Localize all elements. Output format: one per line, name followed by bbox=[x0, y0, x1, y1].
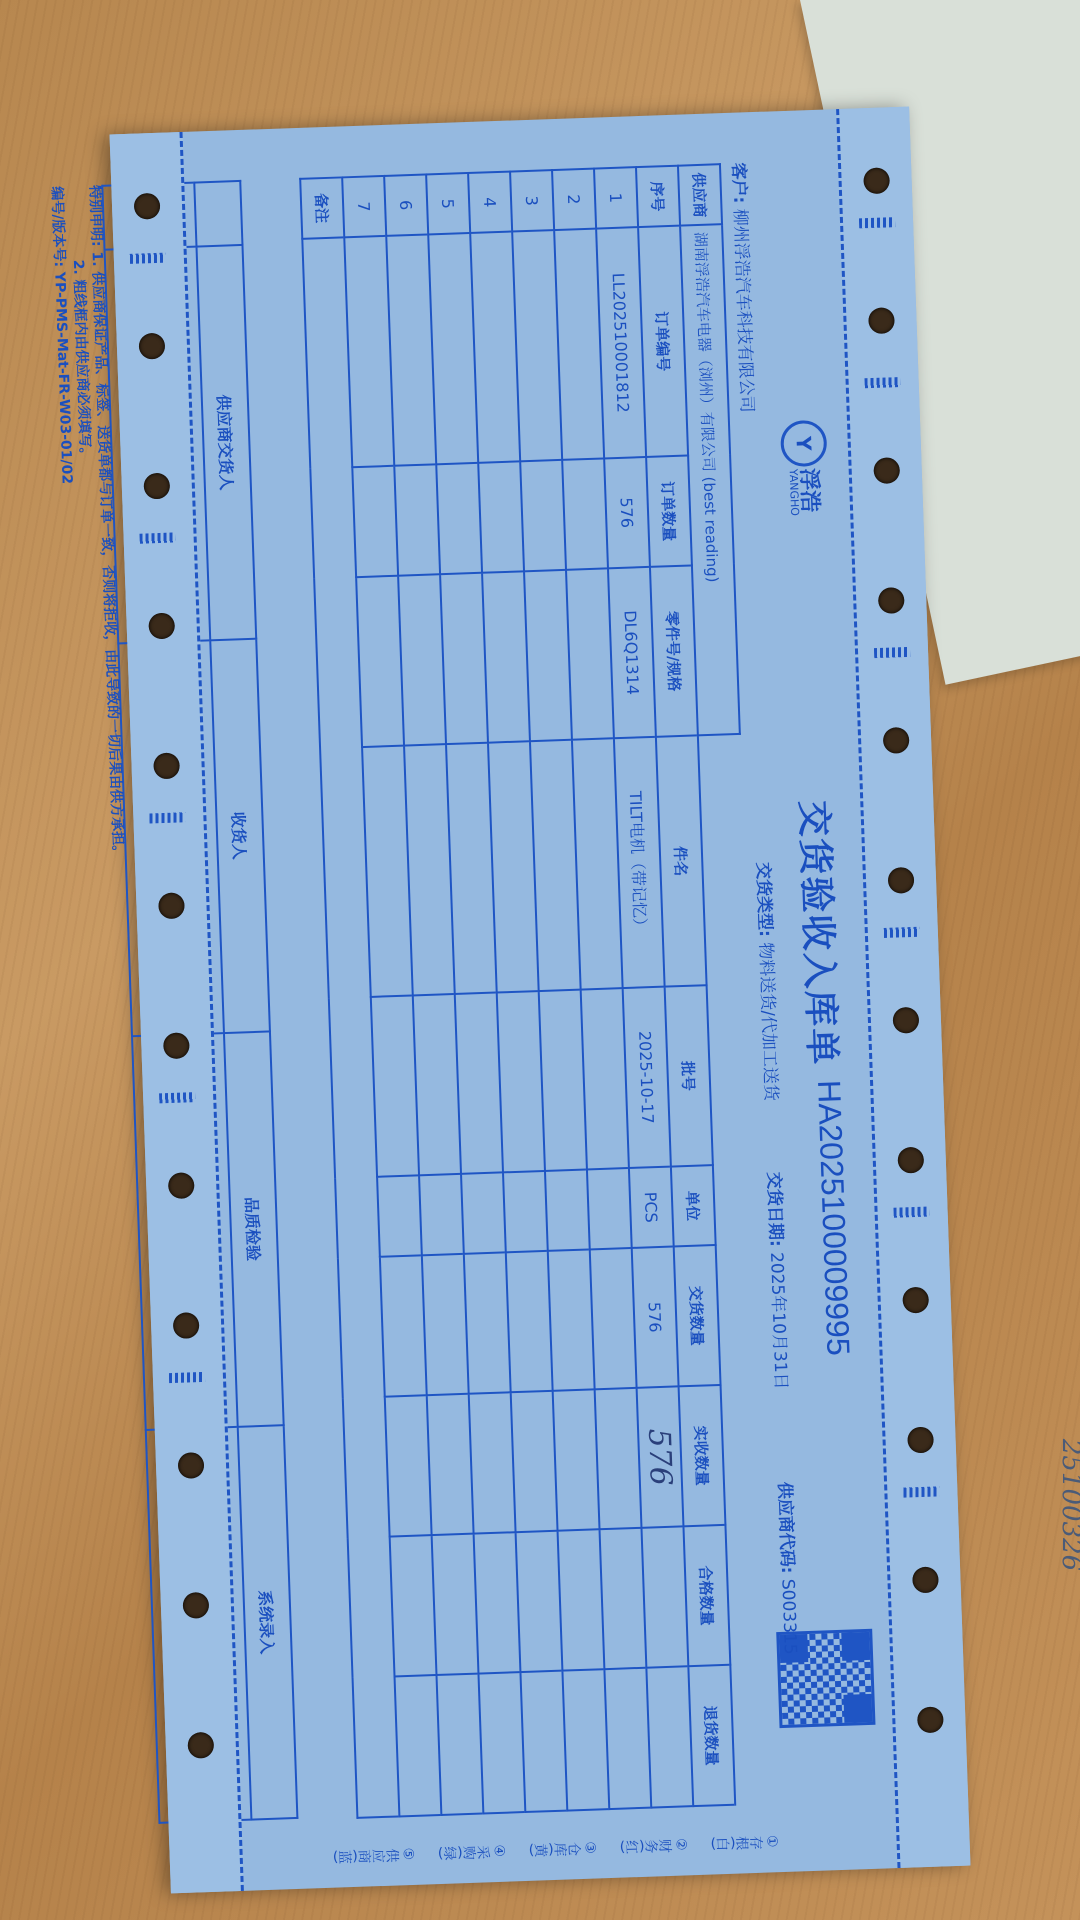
cell-batch bbox=[539, 990, 587, 1171]
cell-order-qty: 576 bbox=[604, 457, 650, 568]
cell-order-qty bbox=[562, 458, 608, 569]
page-title: 交货验收入库单 bbox=[790, 799, 850, 1067]
cell-batch bbox=[371, 995, 419, 1176]
tractor-hole bbox=[897, 1147, 924, 1174]
cell-order-no bbox=[344, 236, 394, 467]
tractor-hole bbox=[863, 167, 890, 194]
cell-unit bbox=[503, 1171, 548, 1252]
cell-no: 6 bbox=[384, 174, 428, 235]
cell-order-qty bbox=[478, 461, 524, 572]
supplier-label: 供应商 bbox=[678, 164, 722, 225]
cell-part-name bbox=[572, 738, 623, 989]
copy-label: ②财务(红) bbox=[619, 1835, 688, 1854]
cell-part-no bbox=[356, 576, 404, 747]
customer-field: 客户: 柳州浮浩汽车科技有限公司 bbox=[728, 162, 762, 413]
delivery-date-value: 2025年10月31日 bbox=[766, 1252, 791, 1390]
tractor-hole bbox=[168, 1172, 195, 1199]
edge-mark-icon bbox=[130, 253, 166, 264]
cell-received-handwritten: 576 bbox=[637, 1386, 684, 1527]
copy-label: ⑤供应商(蓝) bbox=[333, 1845, 416, 1865]
cell-delivered bbox=[380, 1255, 427, 1396]
edge-mark-icon bbox=[884, 927, 920, 938]
supplier-code-field: 供应商代码: S003315 bbox=[774, 1481, 805, 1655]
tractor-hole bbox=[912, 1566, 939, 1593]
delivery-acceptance-form: Y 浮浩 YANGHO 交货验收入库单 HA2025100009995 客户: … bbox=[110, 107, 971, 1894]
col-header-returned: 退货数量 bbox=[688, 1665, 735, 1806]
tractor-hole bbox=[178, 1452, 205, 1479]
cell-part-name: TILT电机（带记忆） bbox=[614, 737, 665, 988]
cell-qualified bbox=[641, 1526, 688, 1667]
edge-mark-icon bbox=[903, 1486, 939, 1497]
tractor-hole bbox=[153, 752, 180, 779]
cell-unit bbox=[419, 1174, 464, 1255]
logo-subtext: YANGHO bbox=[787, 469, 802, 517]
cell-part-no bbox=[398, 574, 446, 745]
supplier-code-value: S003315 bbox=[777, 1579, 800, 1655]
cell-returned bbox=[562, 1669, 609, 1810]
tractor-hole bbox=[917, 1706, 944, 1733]
cell-order-qty bbox=[436, 463, 482, 574]
cell-returned bbox=[604, 1668, 651, 1809]
cell-no: 1 bbox=[594, 167, 638, 228]
edge-mark-icon bbox=[874, 647, 910, 658]
cell-part-name bbox=[488, 741, 539, 992]
tractor-hole bbox=[187, 1732, 214, 1759]
cell-batch bbox=[413, 994, 461, 1175]
col-header-order-qty: 订单数量 bbox=[646, 456, 692, 567]
tractor-hole bbox=[138, 333, 165, 360]
tractor-hole bbox=[873, 457, 900, 484]
cell-order-qty bbox=[394, 464, 440, 575]
col-header-unit: 单位 bbox=[671, 1165, 716, 1246]
edge-mark-icon bbox=[865, 377, 901, 388]
document-number: HA2025100009995 bbox=[810, 1079, 857, 1356]
handwritten-corner-note: 25100326 bbox=[1056, 1439, 1080, 1571]
cell-order-no bbox=[386, 234, 436, 465]
copy-label: ③仓库(黄) bbox=[529, 1839, 598, 1858]
cell-delivered: 576 bbox=[632, 1247, 679, 1388]
tractor-hole bbox=[888, 867, 915, 894]
col-header-delivered: 交货数量 bbox=[674, 1245, 721, 1386]
edge-mark-icon bbox=[893, 1207, 929, 1218]
cell-no: 4 bbox=[468, 172, 512, 233]
customer-value: 柳州浮浩汽车科技有限公司 bbox=[730, 208, 757, 413]
col-header-qualified: 合格数量 bbox=[683, 1525, 730, 1666]
col-header-part-name: 件名 bbox=[656, 735, 707, 986]
edge-mark-icon bbox=[149, 812, 185, 823]
tractor-hole bbox=[134, 193, 161, 220]
cell-delivered bbox=[422, 1254, 469, 1395]
edge-mark-icon bbox=[159, 1092, 195, 1103]
cell-returned bbox=[646, 1666, 693, 1807]
cell-qualified bbox=[600, 1528, 647, 1669]
cell-delivered bbox=[464, 1252, 511, 1393]
cell-received bbox=[595, 1388, 642, 1529]
tractor-hole bbox=[163, 1032, 190, 1059]
cell-order-no: LL202510001812 bbox=[596, 227, 646, 458]
company-logo-icon: Y bbox=[780, 420, 828, 468]
copy-labels: ①存根(白) ②财务(红) ③仓库(黄) ④采购(绿) ⑤供应商(蓝) bbox=[311, 1832, 780, 1878]
signature-corner bbox=[194, 181, 242, 247]
cell-part-no bbox=[482, 571, 530, 742]
col-header-batch: 批号 bbox=[665, 985, 713, 1166]
items-table: 供应商 湖南浮浩汽车电器（浏州）有限公司 (best reading) 序号 订… bbox=[299, 163, 778, 1819]
cell-unit bbox=[545, 1169, 590, 1250]
cell-batch bbox=[581, 988, 629, 1169]
tractor-hole bbox=[902, 1287, 929, 1314]
cell-received bbox=[553, 1389, 600, 1530]
cell-received bbox=[469, 1392, 516, 1533]
delivery-date-field: 交货日期: 2025年10月31日 bbox=[763, 1171, 796, 1389]
tractor-hole bbox=[158, 892, 185, 919]
cell-order-no bbox=[512, 230, 562, 461]
copy-label: ④采购(绿) bbox=[438, 1842, 507, 1861]
cell-no: 3 bbox=[510, 170, 554, 231]
cell-part-no bbox=[566, 568, 614, 739]
tractor-hole bbox=[173, 1312, 200, 1339]
copy-label: ①存根(白) bbox=[710, 1832, 779, 1851]
cell-delivered bbox=[548, 1249, 595, 1390]
tractor-hole bbox=[878, 587, 905, 614]
edge-mark-icon bbox=[139, 532, 175, 543]
tractor-hole bbox=[883, 727, 910, 754]
tractor-hole bbox=[148, 613, 175, 640]
cell-qualified bbox=[432, 1534, 479, 1675]
tractor-hole bbox=[182, 1592, 209, 1619]
cell-part-name bbox=[404, 744, 455, 995]
cell-batch bbox=[455, 993, 503, 1174]
tractor-hole bbox=[143, 473, 170, 500]
cell-part-no bbox=[524, 570, 572, 741]
cell-batch bbox=[497, 991, 545, 1172]
cell-received bbox=[511, 1391, 558, 1532]
col-header-part-no: 零件号/规格 bbox=[650, 565, 698, 736]
customer-label: 客户: bbox=[728, 162, 749, 203]
cell-order-no bbox=[554, 229, 604, 460]
cell-returned bbox=[520, 1671, 567, 1812]
col-header-no: 序号 bbox=[636, 166, 680, 227]
col-header-received: 实收数量 bbox=[679, 1385, 726, 1526]
delivery-type-label: 交货类型: bbox=[752, 862, 775, 937]
cell-part-name bbox=[446, 743, 497, 994]
edge-mark-icon bbox=[169, 1372, 205, 1383]
cell-no: 7 bbox=[342, 176, 386, 237]
cell-received bbox=[427, 1394, 474, 1535]
cell-qualified bbox=[558, 1529, 605, 1670]
cell-returned bbox=[395, 1675, 442, 1816]
cell-order-no bbox=[470, 232, 520, 463]
cell-order-qty bbox=[520, 460, 566, 571]
cell-qualified bbox=[390, 1535, 437, 1676]
cell-no: 5 bbox=[426, 173, 470, 234]
cell-returned bbox=[478, 1672, 525, 1813]
cell-qualified bbox=[516, 1531, 563, 1672]
supplier-code-label: 供应商代码: bbox=[774, 1481, 797, 1573]
cell-delivered bbox=[506, 1251, 553, 1392]
delivery-type-value: 物料送货/代加工送货 bbox=[755, 942, 781, 1101]
cell-delivered bbox=[590, 1248, 637, 1389]
cell-batch: 2025-10-17 bbox=[623, 987, 671, 1168]
cell-unit bbox=[377, 1175, 422, 1256]
tractor-hole bbox=[907, 1427, 934, 1454]
cell-part-no: DL6Q1314 bbox=[608, 567, 656, 738]
cell-order-qty bbox=[352, 466, 398, 577]
col-header-order-no: 订单编号 bbox=[638, 226, 688, 457]
tractor-hole bbox=[868, 307, 895, 334]
cell-qualified bbox=[474, 1532, 521, 1673]
cell-received bbox=[385, 1395, 432, 1536]
cell-unit bbox=[587, 1168, 632, 1249]
cell-unit bbox=[461, 1172, 506, 1253]
cell-returned bbox=[436, 1674, 483, 1815]
cell-unit: PCS bbox=[629, 1167, 674, 1248]
cell-part-name bbox=[362, 746, 413, 997]
cell-order-no bbox=[428, 233, 478, 464]
delivery-type-field: 交货类型: 物料送货/代加工送货 bbox=[752, 862, 785, 1102]
cell-no: 2 bbox=[552, 169, 596, 230]
cell-part-name bbox=[530, 740, 581, 991]
remarks-label: 备注 bbox=[300, 177, 344, 238]
tractor-hole bbox=[892, 1007, 919, 1034]
cell-part-no bbox=[440, 573, 488, 744]
delivery-date-label: 交货日期: bbox=[763, 1172, 786, 1247]
edge-mark-icon bbox=[859, 217, 895, 228]
